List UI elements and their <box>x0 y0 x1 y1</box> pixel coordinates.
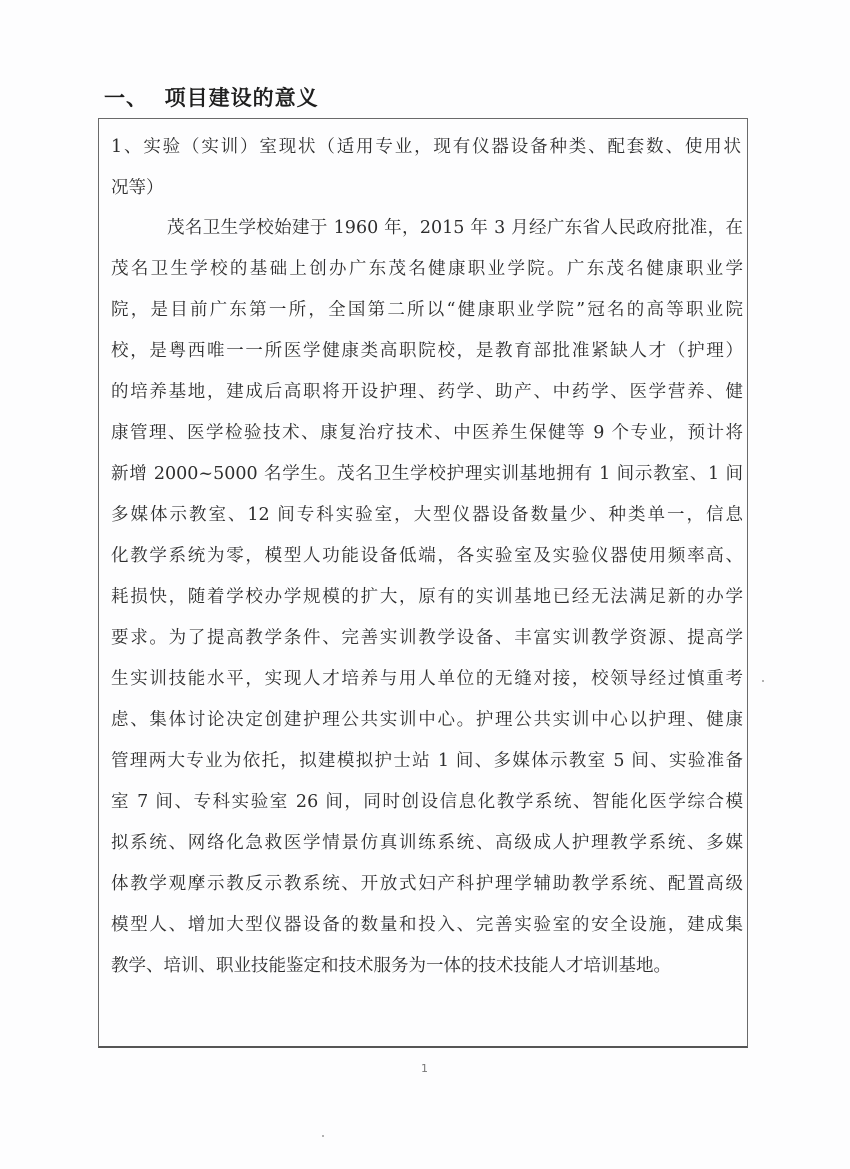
document-page: 一、 项目建设的意义 1、实验（实训）室现状（适用专业，现有仪器设备种类、配套数… <box>0 0 850 1169</box>
scan-speck <box>322 1135 324 1137</box>
section-heading: 一、 项目建设的意义 <box>104 82 319 112</box>
body-line: 耗损快，随着学校办学规模的扩大，原有的实训基地已经无法满足新的办学 <box>111 577 743 618</box>
body-line: 体教学观摩示教反示教系统、开放式妇产科护理学辅助教学系统、配置高级 <box>111 864 743 905</box>
body-paragraph: 茂名卫生学校始建于 1960 年，2015 年 3 月经广东省人民政府批准，在 … <box>111 208 743 987</box>
body-line: 新增 2000~5000 名学生。茂名卫生学校护理实训基地拥有 1 间示教室、1… <box>111 454 743 495</box>
page-number: 1 <box>421 1062 428 1075</box>
body-line: 室 7 间、专科实验室 26 间，同时创设信息化教学系统、智能化医学综合模 <box>111 782 743 823</box>
body-line: 管理两大专业为依托，拟建模拟护士站 1 间、多媒体示教室 5 间、实验准备 <box>111 741 743 782</box>
body-line: 拟系统、网络化急救医学情景仿真训练系统、高级成人护理教学系统、多媒 <box>111 823 743 864</box>
body-line: 康管理、医学检验技术、康复治疗技术、中医养生保健等 9 个专业，预计将 <box>111 413 743 454</box>
body-line: 模型人、增加大型仪器设备的数量和投入、完善实验室的安全设施，建成集 <box>111 905 743 946</box>
body-line: 教学、培训、职业技能鉴定和技术服务为一体的技术技能人才培训基地。 <box>111 946 743 987</box>
body-line: 多媒体示教室、12 间专科实验室，大型仪器设备数量少、种类单一，信息 <box>111 495 743 536</box>
body-line: 要求。为了提高教学条件、完善实训教学设备、丰富实训教学资源、提高学 <box>111 618 743 659</box>
item-title: 1、实验（实训）室现状（适用专业，现有仪器设备种类、配套数、使用状 况等） <box>111 127 741 209</box>
content-box: 1、实验（实训）室现状（适用专业，现有仪器设备种类、配套数、使用状 况等） 茂名… <box>98 118 748 1048</box>
body-line: 化教学系统为零，模型人功能设备低端，各实验室及实验仪器使用频率高、 <box>111 536 743 577</box>
scan-speck <box>762 680 764 682</box>
body-line: 院，是目前广东第一所，全国第二所以“健康职业学院”冠名的高等职业院 <box>111 290 743 331</box>
item-title-line-1: 1、实验（实训）室现状（适用专业，现有仪器设备种类、配套数、使用状 <box>111 127 741 168</box>
body-line: 虑、集体讨论决定创建护理公共实训中心。护理公共实训中心以护理、健康 <box>111 700 743 741</box>
section-title: 项目建设的意义 <box>165 86 319 110</box>
body-line: 生实训技能水平，实现人才培养与用人单位的无缝对接，校领导经过慎重考 <box>111 659 743 700</box>
body-line: 茂名卫生学校始建于 1960 年，2015 年 3 月经广东省人民政府批准，在 <box>111 208 743 249</box>
item-title-line-2: 况等） <box>111 168 741 209</box>
body-line: 校，是粤西唯一一所医学健康类高职院校，是教育部批准紧缺人才（护理） <box>111 331 743 372</box>
body-line: 的培养基地，建成后高职将开设护理、药学、助产、中药学、医学营养、健 <box>111 372 743 413</box>
body-line: 茂名卫生学校的基础上创办广东茂名健康职业学院。广东茂名健康职业学 <box>111 249 743 290</box>
section-number: 一、 <box>104 86 148 110</box>
